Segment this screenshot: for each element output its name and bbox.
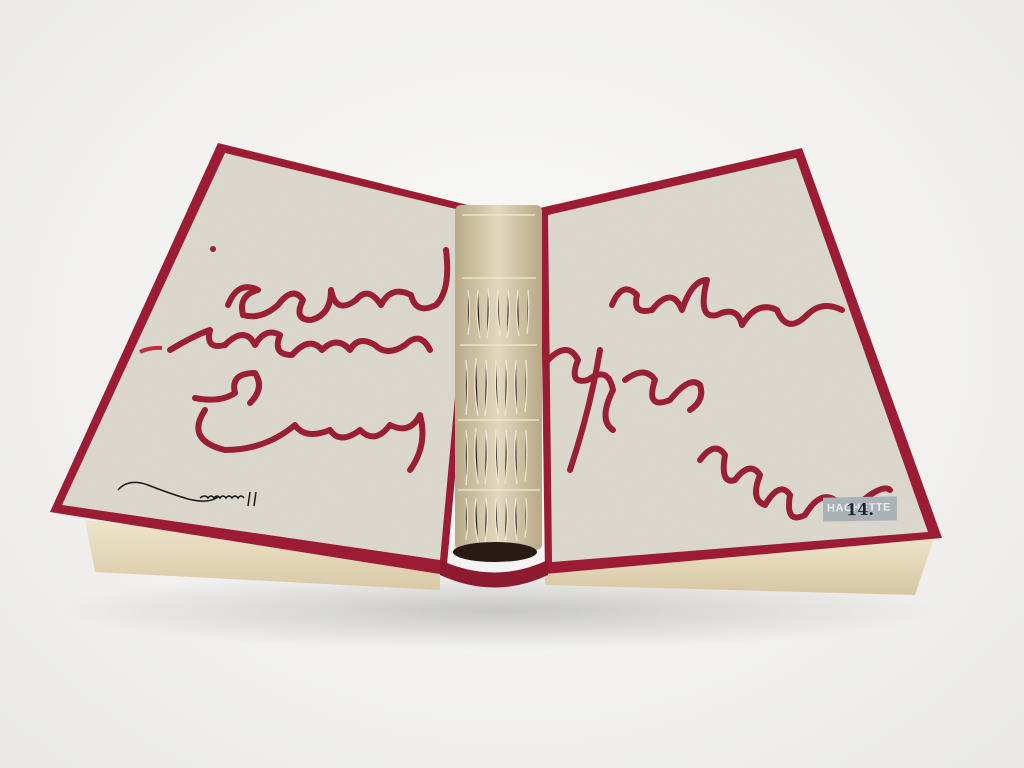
- label-number: 14.: [846, 499, 874, 518]
- exposed-spine: [455, 205, 542, 550]
- open-book-photo: [0, 0, 1024, 768]
- spine-hollow: [453, 542, 537, 562]
- publisher-label: HACHETTE 14.: [823, 496, 897, 521]
- photo-scene: signature in black ink HACHETTE 14.: [0, 0, 1024, 768]
